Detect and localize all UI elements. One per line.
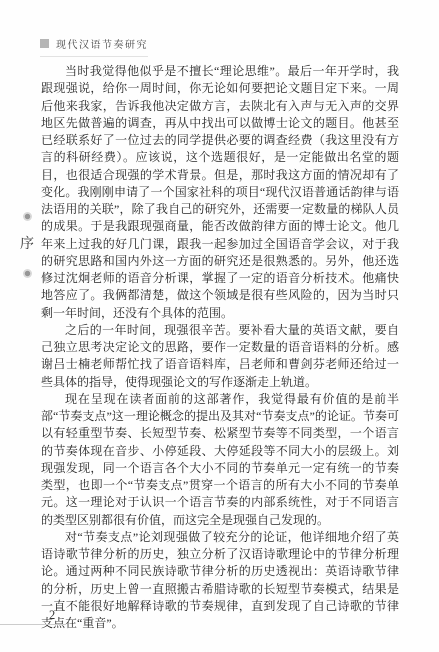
decorative-dot-icon [23, 269, 32, 278]
paragraph: 之后的一年时间，现强很辛苦。要补看大量的英语文献，要自己独立思考决定论文的思路，… [41, 322, 399, 391]
paragraph: 当时我觉得他似乎是不擅长“理论思维”。最后一年开学时，我跟现强说，给你一周时间，… [41, 63, 399, 322]
preface-body: 当时我觉得他似乎是不擅长“理论思维”。最后一年开学时，我跟现强说，给你一周时间，… [41, 63, 399, 632]
running-head: 现代汉语节奏研究 [40, 36, 148, 57]
book-page: 现代汉语节奏研究 序 当时我觉得他似乎是不擅长“理论思维”。最后一年开学时，我跟… [0, 0, 439, 652]
running-head-title: 现代汉语节奏研究 [56, 36, 148, 51]
paragraph: 对“节奏支点”论刘现强做了较充分的论证，他详细地介绍了英语诗歌节律分析的历史，独… [41, 529, 399, 633]
page-number: 2 [49, 608, 55, 623]
margin-section-marker: 序 [16, 212, 38, 278]
header-square-icon [40, 39, 49, 48]
footer-rule [0, 624, 66, 625]
paragraph: 现在呈现在读者面前的这部著作，我觉得最有价值的是前半部“节奏支点”这一理论概念的… [41, 391, 399, 529]
section-label: 序 [20, 238, 34, 252]
decorative-dot-icon [23, 212, 32, 221]
